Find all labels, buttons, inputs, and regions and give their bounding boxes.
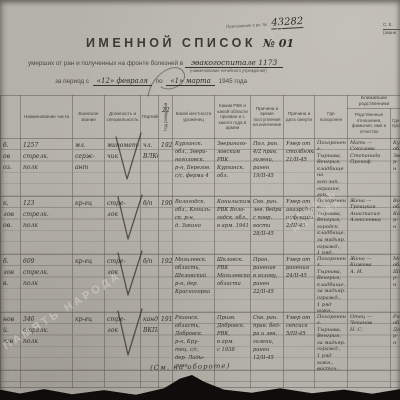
table-row: нов й. гов 346 стрелк. полк кр-ец стре- … bbox=[1, 312, 400, 370]
cell-party: б/п bbox=[141, 197, 158, 254]
right-edge-cut-text: С. Е. (звани bbox=[383, 22, 400, 36]
intake-number-handwritten: 43282 bbox=[271, 16, 303, 30]
cell-burial: Похоронен г. Тырнава, Венгрия, кладбище … bbox=[315, 139, 347, 196]
cell-name-cut: б. ов оз. bbox=[1, 139, 20, 196]
cell-drafted: Звериного- ловским РВК Курганск. обл. bbox=[215, 139, 250, 196]
cell-party: канд. ВКП(б) bbox=[141, 313, 158, 370]
cell-rank: кр-ец bbox=[73, 255, 104, 312]
cell-burial: Похоронен г. Тырнава, Венгрия, кладбище,… bbox=[315, 255, 347, 312]
cell-residence-cut: Мог. обл. Шкл. р-н bbox=[391, 255, 400, 312]
title-number-handwritten: № 01 bbox=[263, 37, 294, 50]
col-name-cut bbox=[1, 96, 21, 139]
cell-birthplace: Могилевск. область, Шкловский р-н, дер. … bbox=[173, 255, 214, 312]
col-relative: Родственные отношения, фамилия, имя и от… bbox=[348, 108, 391, 138]
cell-death: Умер от сепсиса 5/III-45 bbox=[284, 313, 314, 370]
cell-admission: Прон. ранение в голову, ранен 22/II-45 bbox=[251, 255, 283, 312]
cell-party: б/п bbox=[141, 255, 158, 312]
cell-death: Умер от ранения 24/II-45 bbox=[284, 255, 314, 312]
table-body: б. ов оз. 1257 стрелк. полк мл. серж- ан… bbox=[1, 138, 400, 387]
cell-relative: Мать — Соколова Степанида Прокоф. bbox=[348, 139, 390, 196]
subtitle-caption: (наименование лечебного учреждения) bbox=[190, 68, 267, 73]
scanned-document-page: Приложение к вх. № 43282 С. Е. (звани ☆ … bbox=[0, 0, 400, 400]
period-printed-3: 1945 года bbox=[219, 78, 247, 85]
col-rank: Воинское звание bbox=[73, 96, 105, 139]
cell-year: 1914 bbox=[159, 313, 172, 370]
cell-name-cut: к. лов ов. bbox=[1, 197, 20, 254]
col-burial: Где похоронен bbox=[315, 96, 348, 139]
cell-unit: 346 стрелк. полк bbox=[21, 313, 72, 370]
table-row: б. лов в. 609 стрелк. полк кр-ец стре- л… bbox=[1, 254, 400, 312]
col-birth-year: Год рождения bbox=[159, 96, 173, 139]
cell-drafted: Призв. Добровск. РВК, в арм. с 1938 bbox=[215, 313, 250, 370]
cell-rank: кр-ец bbox=[73, 197, 104, 254]
col-position: Должность и специальность bbox=[105, 96, 141, 139]
cell-drafted: Конильским РВК Воло- годск. обл., в арм.… bbox=[215, 197, 250, 254]
cell-name-cut: нов й. гов bbox=[1, 313, 20, 370]
col-group-relatives: Ближайшие родственники bbox=[348, 96, 400, 109]
subtitle-printed: умерших от ран и полученных на фронте бо… bbox=[28, 60, 183, 67]
cell-year: 1905 bbox=[159, 197, 172, 254]
table-header: Наименование части Воинское звание Должн… bbox=[1, 96, 400, 139]
col-drafted-by: Каким РВК и какой области призван и с ка… bbox=[215, 96, 251, 139]
cell-residence-cut: Кург. обл. Звер. р-н bbox=[391, 139, 400, 196]
period-to-handwritten: «1» марта bbox=[166, 77, 215, 86]
cell-position: стре- лок bbox=[105, 255, 140, 312]
cell-position: стре- лок bbox=[105, 313, 140, 370]
col-death: Причина и дата смерти bbox=[284, 96, 315, 139]
right-edge-line1: С. Е. bbox=[383, 22, 400, 30]
cell-name-cut: б. лов в. bbox=[1, 255, 20, 312]
cell-admission: Скв. ран. прав. бед- ра и лев. голени, р… bbox=[251, 313, 283, 370]
cell-birthplace: Вологодск. обл., Кониль- ск. р-н, д. Зак… bbox=[173, 197, 214, 254]
period-from-handwritten: «12» февраля bbox=[93, 77, 152, 86]
cell-death: Умер от анаэробн. инфекции 2/III-45 bbox=[284, 197, 314, 254]
cell-relative: Отец — Чеканов Н. С. bbox=[348, 313, 390, 370]
cell-unit: 123 стрелк. полк bbox=[21, 197, 72, 254]
period-printed-2: по bbox=[156, 78, 163, 85]
cell-residence-cut: Вол. обл. Кон. р-н bbox=[391, 197, 400, 254]
title-text: ИМЕННОЙ СПИСОК bbox=[86, 36, 256, 50]
subtitle-line: умерших от ран и полученных на фронте бо… bbox=[28, 58, 283, 67]
cell-year: 1923 bbox=[159, 139, 172, 196]
period-line: за период с «12» февраля по «1» марта 19… bbox=[55, 77, 247, 85]
cell-position: стре- лок bbox=[105, 197, 140, 254]
cell-party: чл. ВЛКСМ bbox=[141, 139, 158, 196]
cell-relative: Жена — Троицкая Анастасия Алексеевна bbox=[348, 197, 390, 254]
table-row: б. ов оз. 1257 стрелк. полк мл. серж- ан… bbox=[1, 138, 400, 196]
cell-drafted: Шкловск. РВК Могилевской области bbox=[215, 255, 250, 312]
col-birthplace: Какой местности уроженец bbox=[173, 96, 215, 139]
col-admission: Причина и время поступления на излечение bbox=[251, 96, 284, 139]
casualty-register-table: Наименование части Воинское звание Должн… bbox=[0, 95, 400, 388]
cell-year: 1920 bbox=[159, 255, 172, 312]
cell-unit: 609 стрелк. полк bbox=[21, 255, 72, 312]
table-row: к. лов ов. 123 стрелк. полк кр-ец стре- … bbox=[1, 196, 400, 254]
cell-rank: кр-ец bbox=[73, 313, 104, 370]
right-edge-line2: (звани bbox=[383, 30, 400, 37]
cell-burial: Похоронен г. Тырнава, Венгрия, городск. … bbox=[315, 197, 347, 254]
cell-residence-cut: Ряз. обл. Доб. р-н bbox=[391, 313, 400, 370]
cell-burial: Похоронен г. Тырнава, Венгрия, за мадьяр… bbox=[315, 313, 347, 370]
intake-stamp-label: Приложение к вх. № bbox=[226, 22, 267, 29]
cell-relative: Жена — Кижева А. И. bbox=[348, 255, 390, 312]
intake-stamp: Приложение к вх. № 43282 bbox=[226, 11, 304, 33]
period-printed-1: за период с bbox=[55, 78, 89, 85]
cell-unit: 1257 стрелк. полк bbox=[21, 139, 72, 196]
cell-position: миномет- чик bbox=[105, 139, 140, 196]
cell-admission: Скв. ран. лев. бедра с повр. кости 28/II… bbox=[251, 197, 283, 254]
cell-death: Умер от столбняка 21/II-45 bbox=[284, 139, 314, 196]
document-title: ИМЕННОЙ СПИСОК № 01 bbox=[0, 36, 380, 50]
col-residence-cut: Где проживают bbox=[391, 108, 400, 138]
hospital-name-handwritten: эвакогоспитале 1173 bbox=[185, 58, 283, 68]
cell-birthplace: Рязанск. область, Добровск. р-н, Кру- те… bbox=[173, 313, 214, 370]
col-party: Партийность bbox=[141, 96, 159, 139]
cell-admission: Пол. ран. 4/2 прав. голени, ранен 19/II-… bbox=[251, 139, 283, 196]
cell-rank: мл. серж- ант bbox=[73, 139, 104, 196]
cell-birthplace: Курганск. обл., Звери- ноголовск. р-н, Б… bbox=[173, 139, 214, 196]
col-unit: Наименование части bbox=[21, 96, 73, 139]
